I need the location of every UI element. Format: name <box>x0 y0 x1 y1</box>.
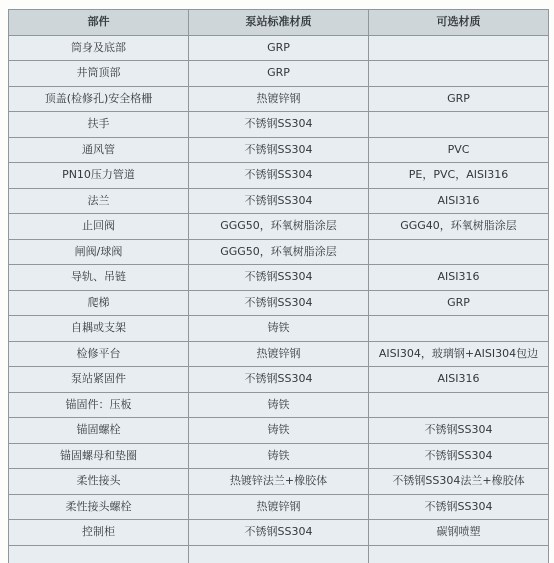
cell-standard-material: 铸铁 <box>189 316 369 342</box>
table-row: 锚固件：压板铸铁 <box>9 392 549 418</box>
table-row: 检修平台热镀锌钢AISI304，玻璃钢+AISI304包边 <box>9 341 549 367</box>
cell-optional-material <box>369 112 549 138</box>
cell-optional-material <box>369 316 549 342</box>
cell-optional-material: AISI316 <box>369 265 549 291</box>
table-row: PN10压力管道不锈钢SS304PE，PVC，AISI316 <box>9 163 549 189</box>
cell-component: 控制柜 <box>9 520 189 546</box>
cell-optional-material <box>369 545 549 563</box>
cell-standard-material: 热镀锌钢 <box>189 86 369 112</box>
header-cell: 部件 <box>9 10 189 36</box>
cell-component: 锚固螺母和垫圈 <box>9 443 189 469</box>
table-row: 泵站紧固件不锈钢SS304AISI316 <box>9 367 549 393</box>
table-body: 筒身及底部GRP井筒顶部GRP顶盖(检修孔)安全格栅热镀锌钢GRP扶手不锈钢SS… <box>9 35 549 563</box>
cell-component: 闸阀/球阀 <box>9 239 189 265</box>
cell-component: 柔性接头螺栓 <box>9 494 189 520</box>
cell-component: 锚固螺栓 <box>9 418 189 444</box>
table-row: 锚固螺栓铸铁不锈钢SS304 <box>9 418 549 444</box>
cell-standard-material: 不锈钢SS304 <box>189 163 369 189</box>
cell-optional-material: AISI316 <box>369 367 549 393</box>
table-row: 柔性接头螺栓热镀锌钢不锈钢SS304 <box>9 494 549 520</box>
cell-standard-material: GRP <box>189 61 369 87</box>
cell-standard-material: 不锈钢SS304 <box>189 112 369 138</box>
table-row: 法兰不锈钢SS304AISI316 <box>9 188 549 214</box>
cell-optional-material <box>369 35 549 61</box>
cell-standard-material: 不锈钢SS304 <box>189 367 369 393</box>
cell-optional-material <box>369 239 549 265</box>
cell-optional-material: 碳钢喷塑 <box>369 520 549 546</box>
cell-optional-material: 不锈钢SS304 <box>369 494 549 520</box>
cell-component: 止回阀 <box>9 214 189 240</box>
cell-standard-material: 不锈钢SS304 <box>189 520 369 546</box>
table-row: 自耦或支架铸铁 <box>9 316 549 342</box>
table-header: 部件泵站标准材质可选材质 <box>9 10 549 36</box>
cell-optional-material: AISI304，玻璃钢+AISI304包边 <box>369 341 549 367</box>
cell-standard-material <box>189 545 369 563</box>
cell-standard-material: 不锈钢SS304 <box>189 188 369 214</box>
cell-standard-material: 铸铁 <box>189 418 369 444</box>
header-cell: 泵站标准材质 <box>189 10 369 36</box>
cell-component: 扶手 <box>9 112 189 138</box>
table-row: 柔性接头热镀锌法兰+橡胶体不锈钢SS304法兰+橡胶体 <box>9 469 549 495</box>
cell-component <box>9 545 189 563</box>
cell-standard-material: GGG50，环氧树脂涂层 <box>189 239 369 265</box>
table-row <box>9 545 549 563</box>
page: 部件泵站标准材质可选材质 筒身及底部GRP井筒顶部GRP顶盖(检修孔)安全格栅热… <box>0 0 554 563</box>
cell-standard-material: 热镀锌钢 <box>189 341 369 367</box>
cell-component: PN10压力管道 <box>9 163 189 189</box>
table-row: 导轨、吊链不锈钢SS304AISI316 <box>9 265 549 291</box>
table-row: 止回阀GGG50，环氧树脂涂层GGG40，环氧树脂涂层 <box>9 214 549 240</box>
cell-optional-material <box>369 392 549 418</box>
table-row: 控制柜不锈钢SS304碳钢喷塑 <box>9 520 549 546</box>
cell-optional-material <box>369 61 549 87</box>
cell-standard-material: 不锈钢SS304 <box>189 290 369 316</box>
cell-component: 泵站紧固件 <box>9 367 189 393</box>
cell-optional-material: AISI316 <box>369 188 549 214</box>
header-cell: 可选材质 <box>369 10 549 36</box>
cell-component: 法兰 <box>9 188 189 214</box>
table-row: 通风管不锈钢SS304PVC <box>9 137 549 163</box>
cell-optional-material: GGG40，环氧树脂涂层 <box>369 214 549 240</box>
cell-optional-material: GRP <box>369 290 549 316</box>
table-row: 爬梯不锈钢SS304GRP <box>9 290 549 316</box>
cell-standard-material: 铸铁 <box>189 443 369 469</box>
cell-standard-material: 不锈钢SS304 <box>189 137 369 163</box>
table-row: 扶手不锈钢SS304 <box>9 112 549 138</box>
cell-component: 筒身及底部 <box>9 35 189 61</box>
cell-standard-material: 不锈钢SS304 <box>189 265 369 291</box>
table-row: 筒身及底部GRP <box>9 35 549 61</box>
table-row: 顶盖(检修孔)安全格栅热镀锌钢GRP <box>9 86 549 112</box>
table-row: 锚固螺母和垫圈铸铁不锈钢SS304 <box>9 443 549 469</box>
cell-standard-material: 铸铁 <box>189 392 369 418</box>
cell-component: 爬梯 <box>9 290 189 316</box>
table-row: 井筒顶部GRP <box>9 61 549 87</box>
materials-table: 部件泵站标准材质可选材质 筒身及底部GRP井筒顶部GRP顶盖(检修孔)安全格栅热… <box>8 9 549 563</box>
cell-standard-material: 热镀锌钢 <box>189 494 369 520</box>
cell-component: 导轨、吊链 <box>9 265 189 291</box>
cell-component: 自耦或支架 <box>9 316 189 342</box>
cell-optional-material: 不锈钢SS304法兰+橡胶体 <box>369 469 549 495</box>
cell-optional-material: GRP <box>369 86 549 112</box>
cell-standard-material: GRP <box>189 35 369 61</box>
cell-component: 通风管 <box>9 137 189 163</box>
cell-optional-material: 不锈钢SS304 <box>369 418 549 444</box>
cell-standard-material: 热镀锌法兰+橡胶体 <box>189 469 369 495</box>
cell-optional-material: PE，PVC，AISI316 <box>369 163 549 189</box>
cell-component: 检修平台 <box>9 341 189 367</box>
cell-standard-material: GGG50，环氧树脂涂层 <box>189 214 369 240</box>
cell-component: 井筒顶部 <box>9 61 189 87</box>
cell-component: 柔性接头 <box>9 469 189 495</box>
header-row: 部件泵站标准材质可选材质 <box>9 10 549 36</box>
cell-component: 锚固件：压板 <box>9 392 189 418</box>
table-row: 闸阀/球阀GGG50，环氧树脂涂层 <box>9 239 549 265</box>
cell-optional-material: PVC <box>369 137 549 163</box>
cell-component: 顶盖(检修孔)安全格栅 <box>9 86 189 112</box>
cell-optional-material: 不锈钢SS304 <box>369 443 549 469</box>
